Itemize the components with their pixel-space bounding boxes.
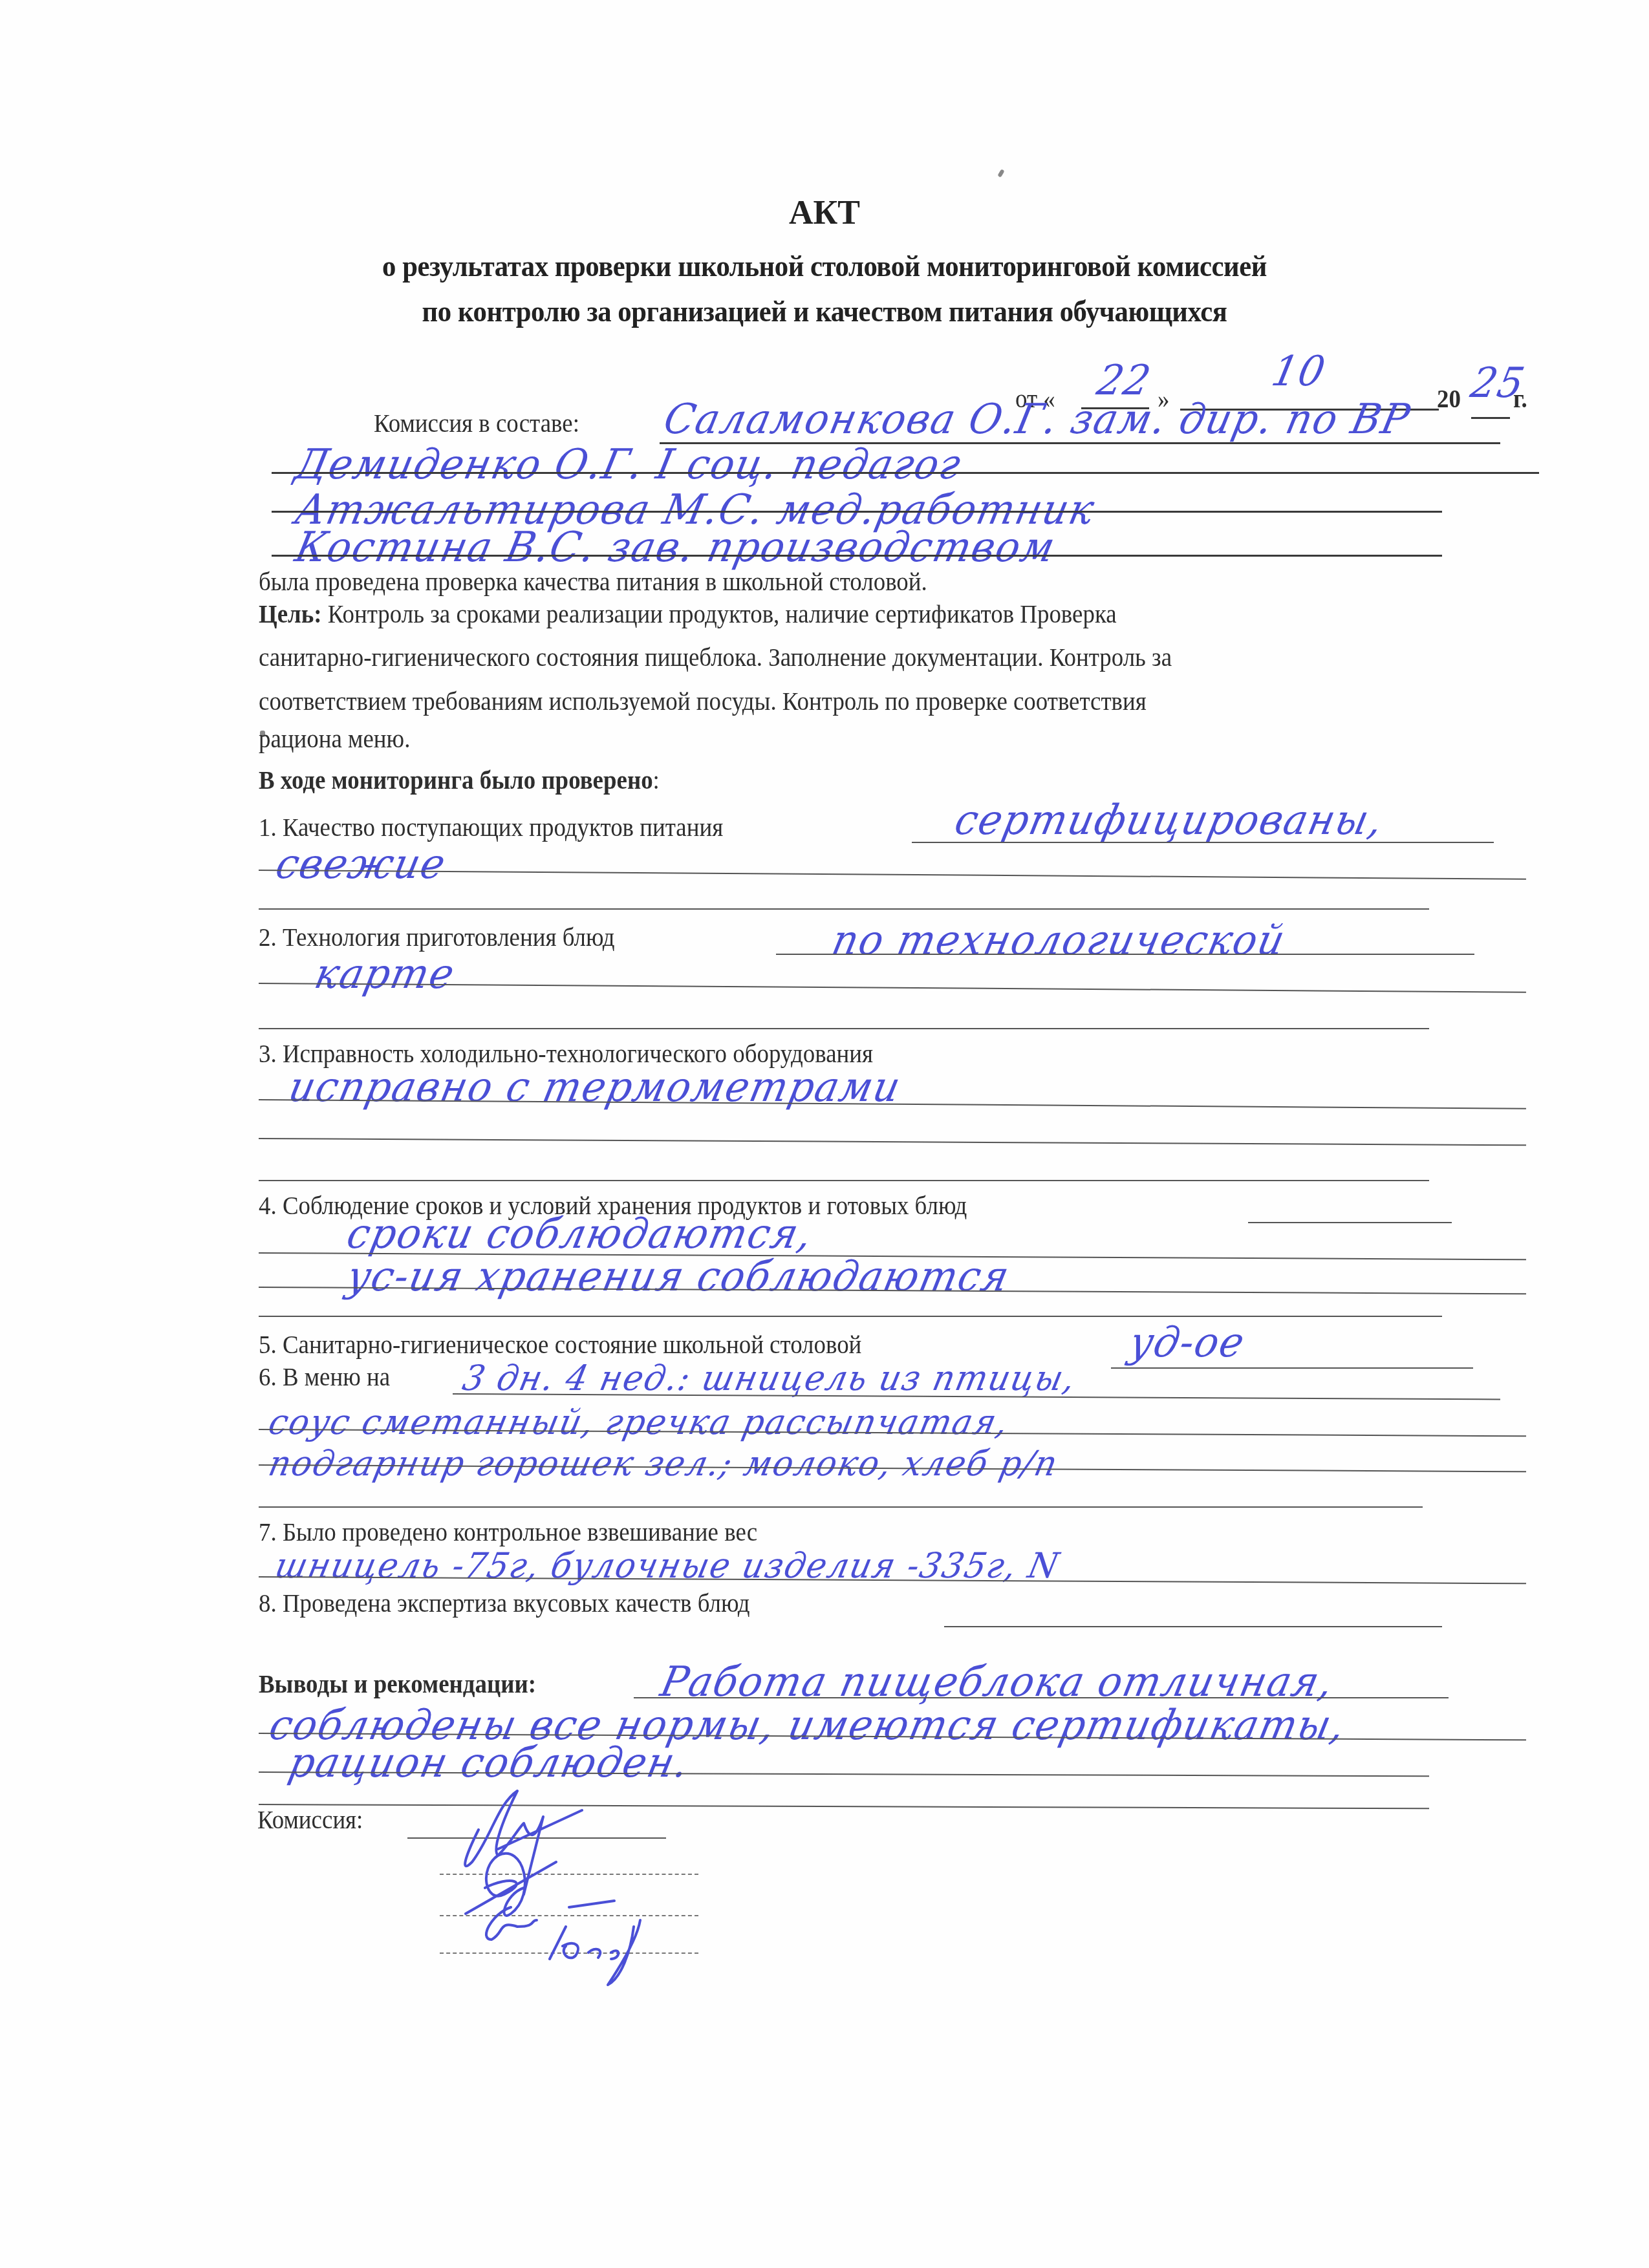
item-1-line-1 (912, 842, 1494, 843)
commission-member-4: Костина В.С. зав. производством (291, 524, 1060, 572)
document-title: АКТ (0, 194, 1649, 232)
item-2-answer-2: карте (310, 950, 459, 998)
item-4-line-3 (259, 1316, 1442, 1317)
checked-heading-colon: : (653, 765, 660, 795)
item-4-answer-1: сроки соблюдаются, (343, 1210, 817, 1258)
item-1-answer-1: сертифицированы, (951, 797, 1388, 844)
goal-line-2: санитарно-гигиенического состояния пищеб… (259, 641, 1172, 672)
commission-member-1: Саламонкова О.Г. зам. дир. по ВР (660, 396, 1415, 444)
conclusions-label: Выводы и рекомендации: (259, 1668, 536, 1699)
item-4-line-0 (1248, 1222, 1452, 1223)
item-1-label: 1. Качество поступающих продуктов питани… (259, 811, 723, 842)
item-1-line-2 (259, 870, 1526, 880)
item-5-label: 5. Санитарно-гигиеническое состояние шко… (259, 1329, 861, 1360)
item-2-line-3 (259, 1028, 1429, 1029)
scanned-document-page: АКТ о результатах проверки школьной стол… (0, 0, 1649, 2268)
item-2-answer-1: по технологической (828, 917, 1290, 965)
checked-heading: В ходе мониторинга было проверено: (259, 764, 660, 795)
date-month-value: 10 (1267, 348, 1330, 396)
item-8-line-1 (944, 1626, 1442, 1627)
item-3-line-2 (259, 1138, 1526, 1146)
commission-line-4 (272, 555, 1442, 557)
commission-line-2 (272, 472, 1539, 474)
item-6-line-4 (259, 1506, 1423, 1508)
item-6-answer-1: 3 дн. 4 нед.: шницель из птицы, (459, 1358, 1080, 1398)
conclusions-line-1: Работа пищеблока отличная, (656, 1658, 1339, 1706)
item-2-line-1 (776, 954, 1474, 955)
signature-4-text: Кос (491, 1940, 493, 1940)
goal-line-4: рациона меню. (259, 723, 410, 754)
date-year-prefix: 20 (1437, 383, 1461, 414)
scan-speck (997, 169, 1004, 177)
checked-heading-text: В ходе мониторинга было проверено (259, 765, 653, 795)
goal-line-3: соответствием требованиям используемой п… (259, 685, 1147, 716)
date-year-unit: г. (1513, 383, 1527, 414)
commission-member-2: Демиденко О.Г. I соц. педагог (291, 441, 966, 489)
signature-scribbles (427, 1765, 763, 1998)
item-6-answer-3: подгарнир горошек зел.; молоко, хлеб р/п (265, 1443, 1062, 1484)
item-2-label: 2. Технология приготовления блюд (259, 921, 614, 952)
item-6-answer-2: соус сметанный, гречка рассыпчатая, (265, 1402, 1013, 1442)
item-3-line-3 (259, 1180, 1429, 1181)
intro-text: была проведена проверка качества питания… (259, 566, 927, 597)
goal-label: Цель: (259, 599, 322, 628)
item-5-answer-1: уд-ое (1125, 1319, 1249, 1367)
signature-1-icon (465, 1791, 582, 1894)
goal-text-1: Контроль за сроками реализации продуктов… (328, 599, 1117, 628)
item-8-label: 8. Проведена экспертиза вкусовых качеств… (259, 1587, 749, 1618)
signatures-label: Комиссия: (257, 1804, 363, 1835)
item-6-label: 6. В меню на (259, 1361, 390, 1392)
item-4-answer-2: ус-ия хранения соблюдаются (343, 1253, 1014, 1301)
document-subtitle-line2: по контролю за организацией и качеством … (58, 294, 1591, 328)
date-year-line (1471, 417, 1510, 419)
item-7-label: 7. Было проведено контрольное взвешивани… (259, 1516, 757, 1547)
goal-line-1: Цель: Контроль за сроками реализации про… (259, 598, 1117, 629)
item-1-answer-2: свежие (272, 840, 451, 888)
item-1-line-3 (259, 908, 1429, 910)
item-5-line-1 (1111, 1367, 1473, 1369)
commission-label: Комиссия в составе: (374, 407, 579, 438)
commission-line-3 (272, 511, 1442, 513)
conclusions-rule-1 (634, 1697, 1449, 1698)
document-subtitle-line1: о результатах проверки школьной столовой… (58, 249, 1591, 283)
signature-4-icon (550, 1920, 640, 1985)
